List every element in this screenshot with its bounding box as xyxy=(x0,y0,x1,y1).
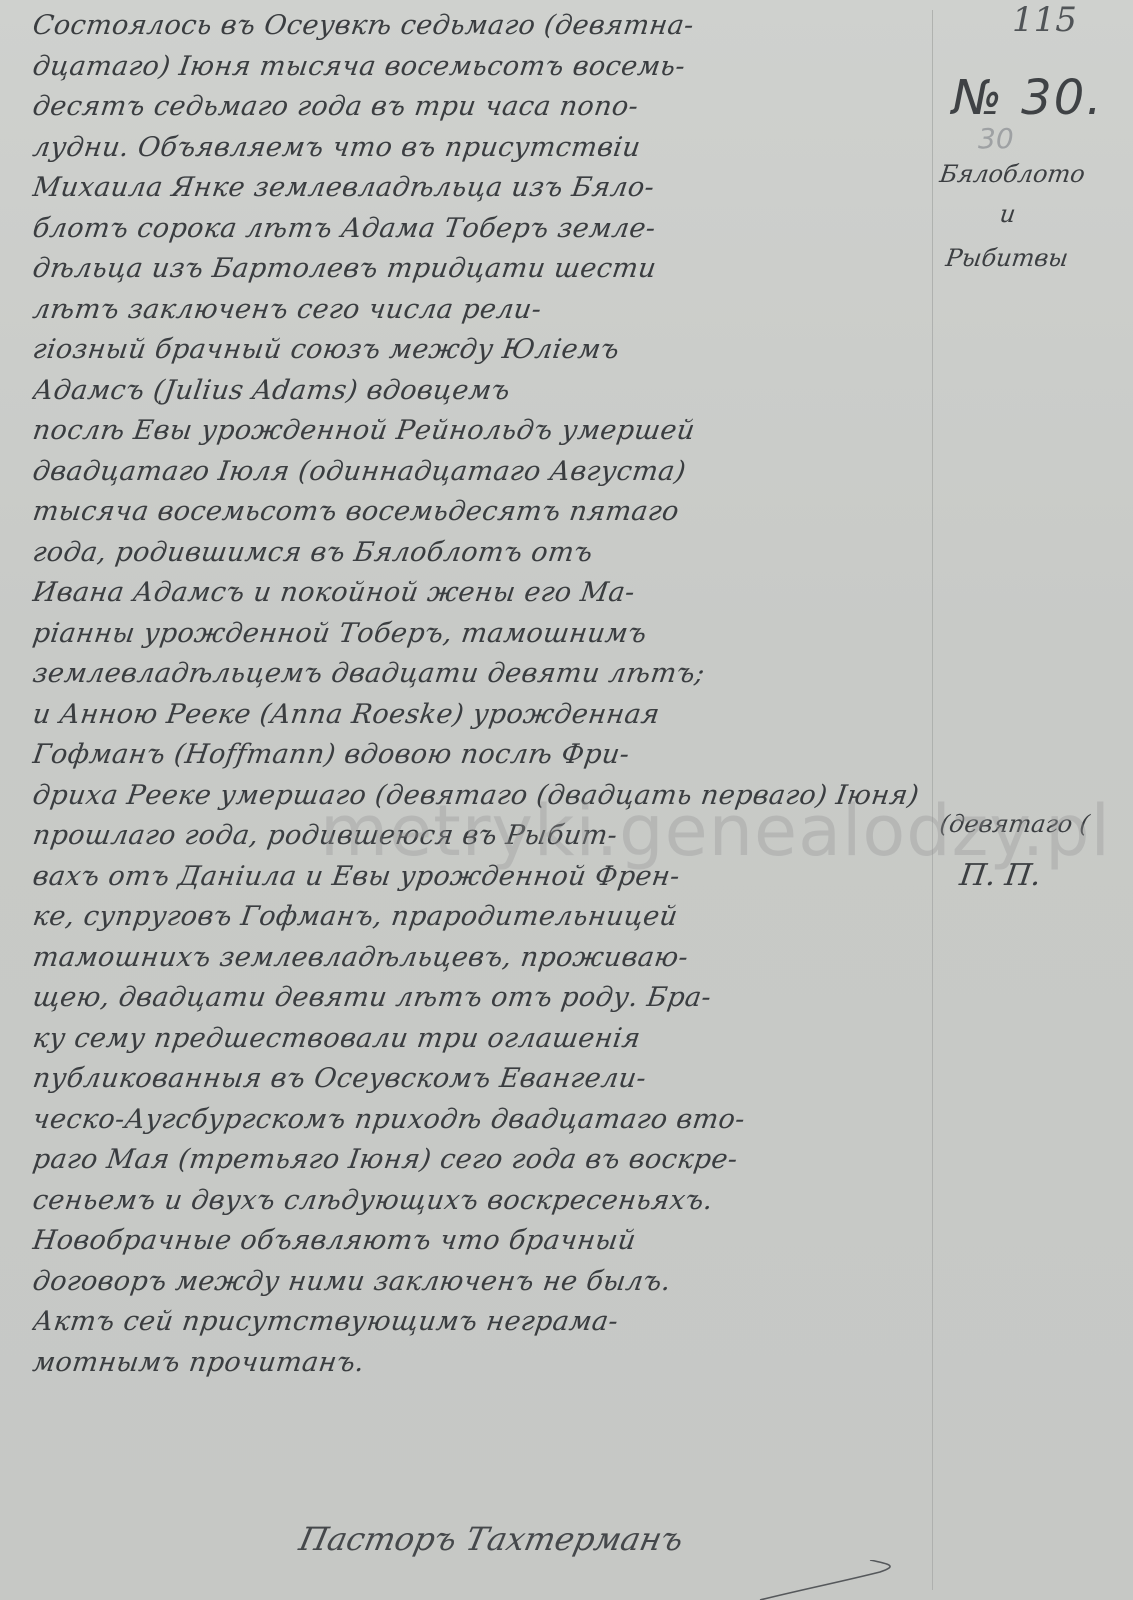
text-line: послѣ Евы урожденной Рейнольдъ умершей xyxy=(30,411,936,452)
margin-note-conjunction: и xyxy=(998,200,1017,228)
text-line: дриха Рееке умершаго (девятаго (двадцать… xyxy=(30,776,936,817)
text-line: Михаила Янке землевладѣльца изъ Бяло- xyxy=(30,168,936,209)
text-line: ку сему предшествовали три оглашенія xyxy=(30,1019,936,1060)
text-line: десятъ седьмаго года въ три часа попо- xyxy=(30,87,936,128)
text-line: гіозный брачный союзъ между Юліемъ xyxy=(30,330,936,371)
text-line: Гофманъ (Hoffmann) вдовою послѣ Фри- xyxy=(30,735,936,776)
page-number: 115 xyxy=(1012,0,1077,40)
text-line: щею, двадцати девяти лѣтъ отъ роду. Бра- xyxy=(30,978,936,1019)
text-line: Состоялось въ Осеувкѣ седьмаго (девятна- xyxy=(30,6,936,47)
text-line: тамошнихъ землевладѣльцевъ, проживаю- xyxy=(30,938,936,979)
record-number: № 30. xyxy=(952,70,1104,126)
text-line: дѣльца изъ Бартолевъ тридцати шести xyxy=(30,249,936,290)
margin-note-correction: (девятаго ( xyxy=(938,810,1091,838)
text-line: Ивана Адамсъ и покойной жены его Ма- xyxy=(30,573,936,614)
text-line: и Анною Рееке (Anna Roeske) урожденная xyxy=(30,695,936,736)
text-line: мотнымъ прочитанъ. xyxy=(30,1343,936,1384)
document-page: 115 № 30. 30 Состоялось въ Осеувкѣ седьм… xyxy=(0,0,1133,1600)
record-body-text: Состоялось въ Осеувкѣ седьмаго (девятна-… xyxy=(30,6,930,1383)
text-line: двадцатаго Іюля (одиннадцатаго Августа) xyxy=(30,452,936,493)
margin-note-village: Бялоблото xyxy=(938,160,1087,188)
text-line: лѣтъ заключенъ сего числа рели- xyxy=(30,290,936,331)
text-line: публикованныя въ Осеувскомъ Евангели- xyxy=(30,1059,936,1100)
text-line: Новобрачные объявляютъ что брачный xyxy=(30,1221,936,1262)
text-line: прошлаго года, родившеюся въ Рыбит- xyxy=(30,816,936,857)
text-line: вахъ отъ Даніила и Евы урожденной Френ- xyxy=(30,857,936,898)
text-line: ріанны урожденной Тоберъ, тамошнимъ xyxy=(30,614,936,655)
text-line: дцатаго) Іюня тысяча восемьсотъ восемь- xyxy=(30,47,936,88)
text-line: лудни. Объявляемъ что въ присутствіи xyxy=(30,128,936,169)
text-line: года, родившимся въ Бялоблотъ отъ xyxy=(30,533,936,574)
pastor-signature: Пасторъ Тахтерманъ xyxy=(296,1520,687,1558)
signature-flourish-icon xyxy=(720,1560,920,1600)
text-line: тысяча восемьсотъ восемьдесятъ пятаго xyxy=(30,492,936,533)
text-line: ке, супруговъ Гофманъ, прародительницей xyxy=(30,897,936,938)
text-line: блотъ сорока лѣтъ Адама Тоберъ земле- xyxy=(30,209,936,250)
record-number-pencil-annotation: 30 xyxy=(978,122,1014,155)
margin-note-initials: П. П. xyxy=(958,858,1044,893)
text-line: договоръ между ними заключенъ не былъ. xyxy=(30,1262,936,1303)
text-line: сеньемъ и двухъ слѣдующихъ воскресеньяхъ… xyxy=(30,1181,936,1222)
text-line: Адамсъ (Julius Adams) вдовцемъ xyxy=(30,371,936,412)
text-line: раго Мая (третьяго Іюня) сего года въ во… xyxy=(30,1140,936,1181)
text-line: землевладѣльцемъ двадцати девяти лѣтъ; xyxy=(30,654,936,695)
margin-note-village: Рыбитвы xyxy=(944,244,1070,272)
text-line: ческо-Аугсбургскомъ приходѣ двадцатаго в… xyxy=(30,1100,936,1141)
text-line: Актъ сей присутствующимъ неграма- xyxy=(30,1302,936,1343)
